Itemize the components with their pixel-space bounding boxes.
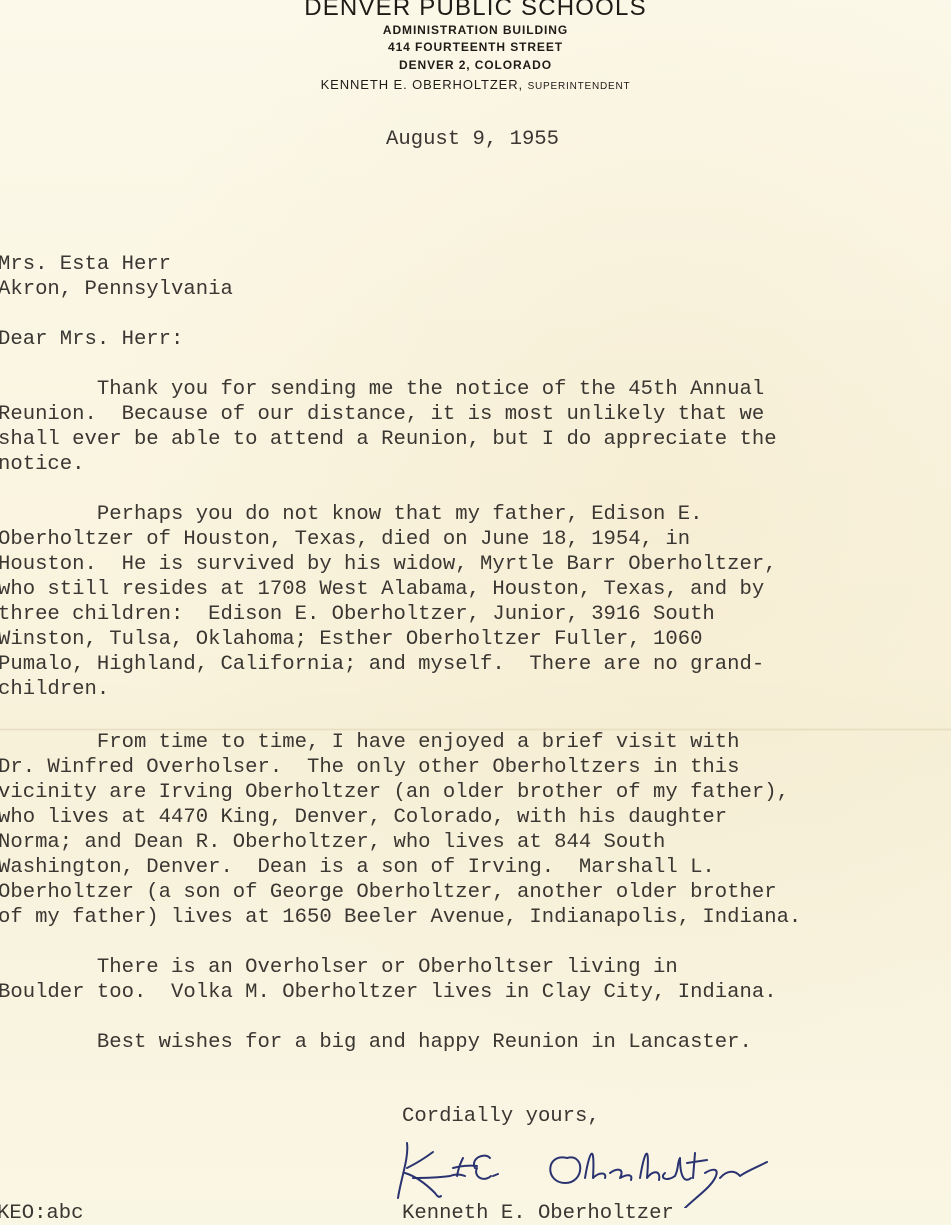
body-line: There is an Overholser or Oberholtser li…: [0, 955, 678, 980]
letterhead-organization: DENVER PUBLIC SCHOOLS: [0, 0, 951, 22]
body-line: Oberholtzer of Houston, Texas, died on J…: [0, 527, 690, 552]
body-line: notice.: [0, 452, 85, 477]
body-line: Boulder too. Volka M. Oberholtzer lives …: [0, 980, 777, 1005]
body-line: Best wishes for a big and happy Reunion …: [0, 1030, 752, 1055]
body-line: Norma; and Dean R. Oberholtzer, who live…: [0, 830, 665, 855]
reference-initials: KEO:abc: [0, 1201, 84, 1225]
body-line: Oberholtzer (a son of George Oberholtzer…: [0, 880, 777, 905]
letter-date: August 9, 1955: [386, 127, 559, 152]
letterhead-building: ADMINISTRATION BUILDING: [0, 23, 951, 37]
body-line: vicinity are Irving Oberholtzer (an olde…: [0, 780, 789, 805]
body-line: Pumalo, Highland, California; and myself…: [0, 652, 764, 677]
body-line: who lives at 4470 King, Denver, Colorado…: [0, 805, 727, 830]
body-line: Perhaps you do not know that my father, …: [0, 502, 702, 527]
body-line: Winston, Tulsa, Oklahoma; Esther Oberhol…: [0, 627, 702, 652]
body-line: Dr. Winfred Overholser. The only other O…: [0, 755, 740, 780]
body-line: who still resides at 1708 West Alabama, …: [0, 577, 764, 602]
letterhead-superintendent: KENNETH E. OBERHOLTZER, SUPERINTENDENT: [0, 77, 951, 92]
body-line: shall ever be able to attend a Reunion, …: [0, 427, 777, 452]
signer-typed-name: Kenneth E. Oberholtzer: [402, 1201, 674, 1225]
superintendent-name: KENNETH E. OBERHOLTZER,: [321, 77, 523, 92]
body-line: three children: Edison E. Oberholtzer, J…: [0, 602, 715, 627]
superintendent-title: SUPERINTENDENT: [528, 81, 631, 92]
body-line: Reunion. Because of our distance, it is …: [0, 402, 764, 427]
recipient-name: Mrs. Esta Herr: [0, 252, 171, 277]
handwritten-signature: [395, 1138, 775, 1208]
salutation: Dear Mrs. Herr:: [0, 327, 183, 352]
letterhead-city: DENVER 2, COLORADO: [0, 58, 951, 72]
body-line: of my father) lives at 1650 Beeler Avenu…: [0, 905, 801, 930]
body-line: From time to time, I have enjoyed a brie…: [0, 730, 740, 755]
body-line: Washington, Denver. Dean is a son of Irv…: [0, 855, 715, 880]
body-line: children.: [0, 677, 109, 702]
recipient-location: Akron, Pennsylvania: [0, 277, 233, 302]
body-line: Thank you for sending me the notice of t…: [0, 377, 764, 402]
body-line: Houston. He is survived by his widow, My…: [0, 552, 777, 577]
closing: Cordially yours,: [402, 1104, 600, 1129]
letterhead-street: 414 FOURTEENTH STREET: [0, 40, 951, 54]
